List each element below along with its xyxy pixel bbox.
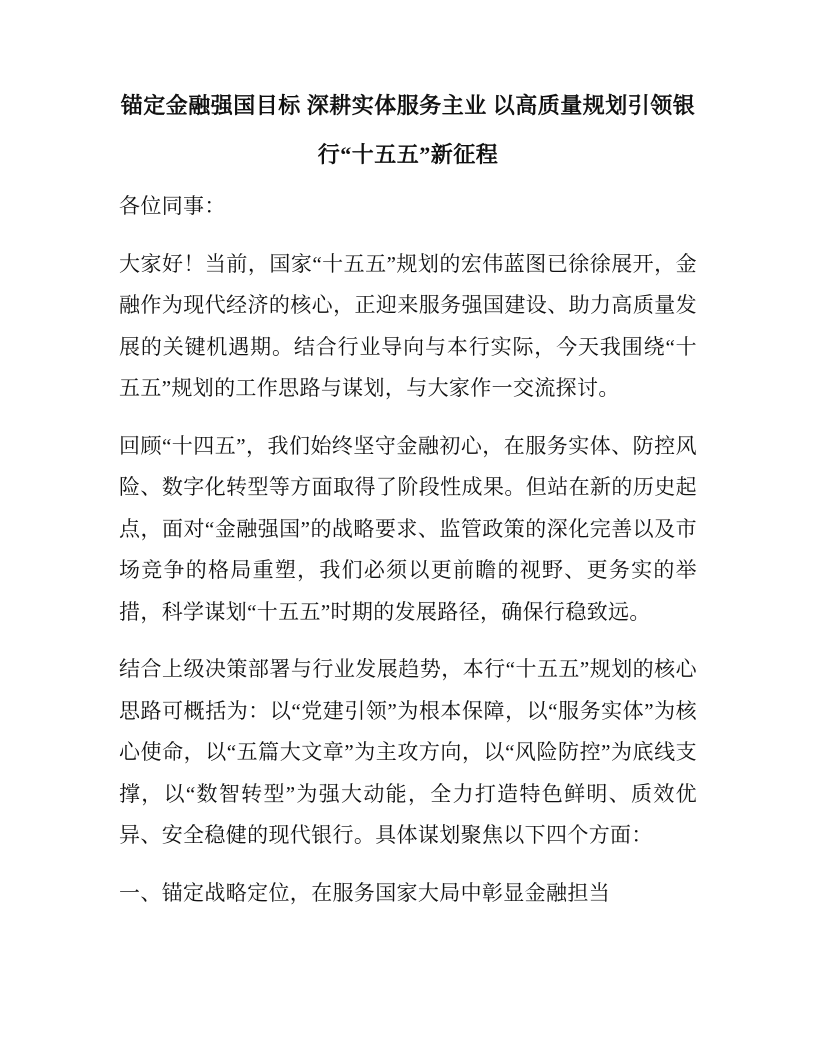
document-page: 锚定金融强国目标 深耕实体服务主业 以高质量规划引领银 行“十五五”新征程 各位…	[0, 0, 816, 1056]
title-line-2: 行“十五五”新征程	[119, 130, 697, 179]
paragraph-review: 回顾“十四五”，我们始终坚守金融初心，在服务实体、防控风险、数字化转型等方面取得…	[119, 426, 697, 634]
paragraph-core-ideas: 结合上级决策部署与行业发展趋势，本行“十五五”规划的核心思路可概括为：以“党建引…	[119, 649, 697, 857]
section-heading-1: 一、锚定战略定位，在服务国家大局中彰显金融担当	[119, 873, 697, 915]
title-line-1: 锚定金融强国目标 深耕实体服务主业 以高质量规划引领银	[119, 81, 697, 130]
paragraph-intro: 大家好！当前，国家“十五五”规划的宏伟蓝图已徐徐展开，金融作为现代经济的核心，正…	[119, 244, 697, 410]
salutation: 各位同事：	[119, 186, 697, 228]
document-title: 锚定金融强国目标 深耕实体服务主业 以高质量规划引领银 行“十五五”新征程	[119, 81, 697, 179]
